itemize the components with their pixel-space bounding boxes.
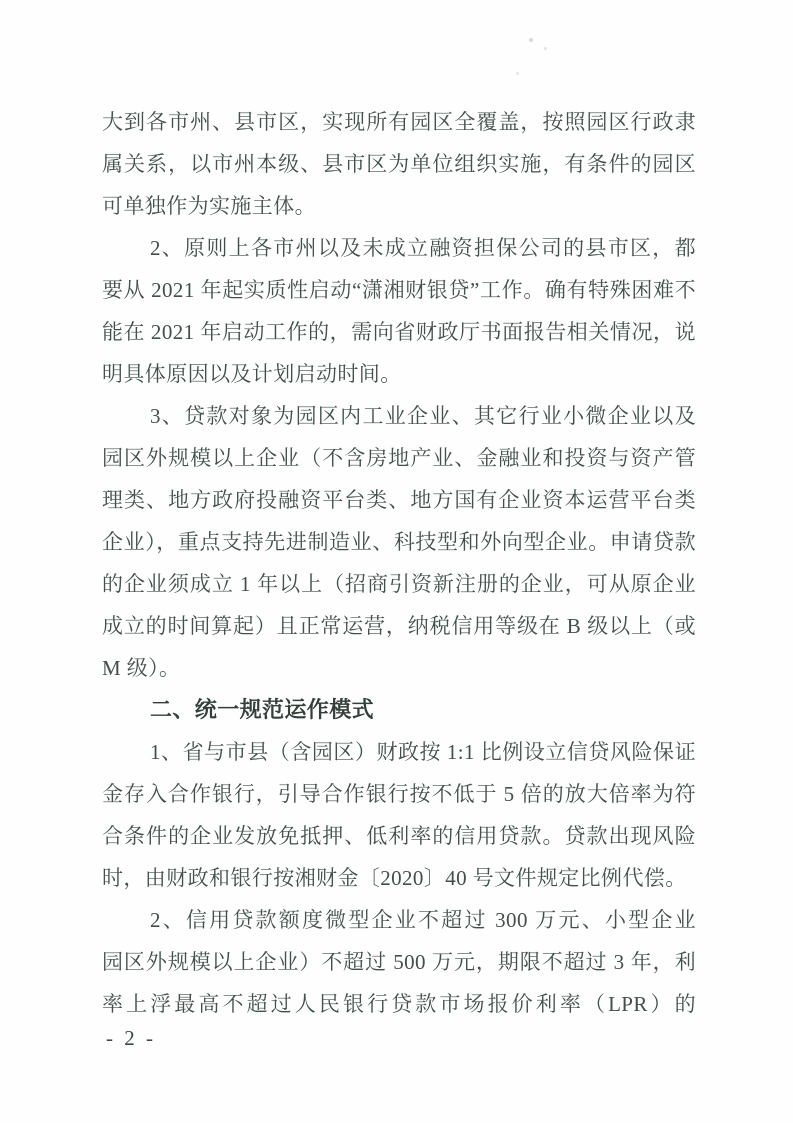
paragraph: 2、原则上各市州以及未成立融资担保公司的县市区，都要从 2021 年起实质性启动… [102,227,696,395]
document-page: 大到各市州、县市区，实现所有园区全覆盖，按照园区行政隶属关系，以市州本级、县市区… [0,0,793,1123]
text-line: 1、省与市县（含园区）财政按 1:1 比例设立信贷风险保证 [102,731,696,773]
text-line: 3、贷款对象为园区内工业企业、其它行业小微企业以及 [102,395,696,437]
page-number: - 2 - [106,1020,156,1056]
paragraph: 2、信用贷款额度微型企业不超过 300 万元、小型企业（含园区外规模以上企业）不… [102,899,696,1025]
text-line: 园区外规模以上企业（不含房地产业、金融业和投资与资产管 [102,437,696,479]
text-line: 明具体原因以及计划启动时间。 [102,353,696,395]
text-line: 率上浮最高不超过人民银行贷款市场报价利率（LPR）的 30%。 [102,983,696,1025]
text-line: 金存入合作银行，引导合作银行按不低于 5 倍的放大倍率为符 [102,773,696,815]
text-line: 要从 2021 年起实质性启动“潇湘财银贷”工作。确有特殊困难不 [102,269,696,311]
text-line: 2、信用贷款额度微型企业不超过 300 万元、小型企业（含 [102,899,696,941]
text-line: 理类、地方政府投融资平台类、地方国有企业资本运营平台类 [102,479,696,521]
paragraph: 大到各市州、县市区，实现所有园区全覆盖，按照园区行政隶属关系，以市州本级、县市区… [102,101,696,227]
text-line: 大到各市州、县市区，实现所有园区全覆盖，按照园区行政隶 [102,101,696,143]
text-line: 2、原则上各市州以及未成立融资担保公司的县市区，都 [102,227,696,269]
text-line: 可单独作为实施主体。 [102,185,696,227]
scan-artifact [544,47,547,50]
text-line: 二、统一规范运作模式 [102,689,696,731]
text-line: M 级）。 [102,647,696,689]
text-line: 合条件的企业发放免抵押、低利率的信用贷款。贷款出现风险 [102,815,696,857]
section-heading: 二、统一规范运作模式 [102,689,696,731]
paragraph: 1、省与市县（含园区）财政按 1:1 比例设立信贷风险保证金存入合作银行，引导合… [102,731,696,899]
paragraph: 3、贷款对象为园区内工业企业、其它行业小微企业以及园区外规模以上企业（不含房地产… [102,395,696,689]
text-line: 的企业须成立 1 年以上（招商引资新注册的企业，可从原企业 [102,563,696,605]
text-line: 企业），重点支持先进制造业、科技型和外向型企业。申请贷款 [102,521,696,563]
scan-artifact [516,72,519,75]
text-line: 园区外规模以上企业）不超过 500 万元，期限不超过 3 年，利 [102,941,696,983]
document-body: 大到各市州、县市区，实现所有园区全覆盖，按照园区行政隶属关系，以市州本级、县市区… [102,101,696,1025]
text-line: 成立的时间算起）且正常运营，纳税信用等级在 B 级以上（或 [102,605,696,647]
text-line: 能在 2021 年启动工作的，需向省财政厅书面报告相关情况，说 [102,311,696,353]
scan-artifact [529,38,533,42]
text-line: 时，由财政和银行按湘财金〔2020〕40 号文件规定比例代偿。 [102,857,696,899]
text-line: 属关系，以市州本级、县市区为单位组织实施，有条件的园区 [102,143,696,185]
